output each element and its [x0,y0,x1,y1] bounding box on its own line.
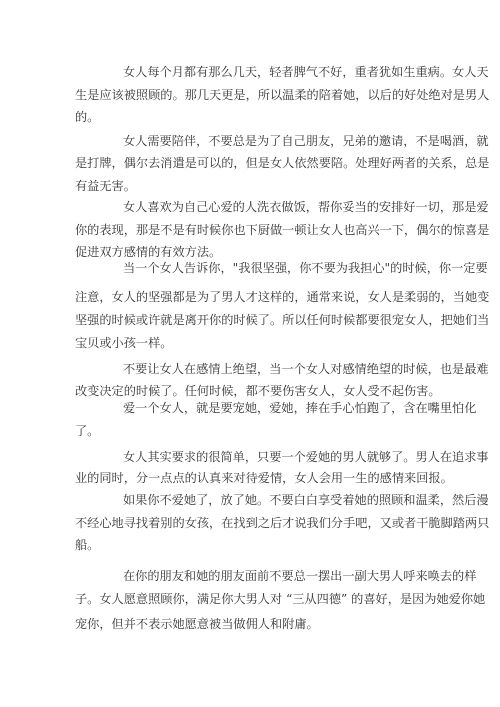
paragraph-line: 生是应该被照顾的。那几天更是，所以温柔的陪着她，以后的好处绝对是男人 [75,87,419,103]
document-page: 女人每个月都有那么几天，轻者脾气不好，重者犹如生重病。女人天 生是应该被照顾的。… [0,0,500,707]
paragraph-line: 不要让女人在感情上绝望，当一个女人对感情绝望的时候，也是最难 [123,361,419,377]
paragraph-line: 女人其实要求的很简单，只要一个爱她的男人就够了。男人在追求事 [123,449,419,465]
paragraph-line: 了。 [75,423,419,439]
paragraph-line: 不经心地寻找着别的女孩，在找到之后才说我们分手吧，又或者干脆脚踏两只 [75,515,419,531]
paragraph-line: 业的同时，分一点点的认真来对待爱情，女人会用一生的感情来回报。 [75,470,419,486]
paragraph-line: 促进双方感情的有效方法。 [75,244,419,260]
paragraph-line: 爱一个女人，就是要宠她，爱她，捧在手心怕跑了，含在嘴里怕化 [123,400,419,416]
paragraph-line: 改变决定的时候了。任何时候，都不要伤害女人，女人受不起伤害。 [75,383,419,399]
paragraph-line: 的。 [75,109,419,125]
paragraph-line: 坚强的时候或许就是离开你的时候了。所以任何时候都要很宠女人，把她们当 [75,312,419,328]
paragraph-line: 在你的朋友和她的朋友面前不要总一摆出一副大男人呼来唤去的样 [123,568,419,584]
paragraph-line: 女人每个月都有那么几天，轻者脾气不好，重者犹如生重病。女人天 [123,64,419,80]
paragraph-line: 船。 [75,537,419,553]
paragraph-line: 宠你，但并不表示她愿意被当做佣人和附庸。 [75,616,419,632]
paragraph-line: 注意，女人的坚强都是为了男人才这样的，通常来说，女人是柔弱的，当她变 [75,289,419,305]
paragraph-line: 如果你不爱她了，放了她。不要白白享受着她的照顾和温柔，然后漫 [123,492,419,508]
paragraph-line: 你的表现，那是不是有时候你也下厨做一顿让女人也高兴一下，偶尔的惊喜是 [75,222,419,238]
paragraph-line: 当一个女人告诉你，"我很坚强，你不要为我担心"的时候，你一定要 [123,260,419,276]
paragraph-line: 子。女人愿意照顾你，满足你大男人对 “三从四德” 的喜好，是因为她爱你她 [75,591,419,607]
paragraph-line: 是打牌，偶尔去消遣是可以的，但是女人依然要陪。处理好两者的关系，总是 [75,155,419,171]
paragraph-line: 宝贝或小孩一样。 [75,335,419,351]
paragraph-line: 女人喜欢为自己心爱的人洗衣做饭，帮你妥当的安排好一切，那是爱 [123,199,419,215]
paragraph-line: 有益无害。 [75,178,419,194]
paragraph-line: 女人需要陪伴，不要总是为了自己朋友，兄弟的邀请，不是喝酒，就 [123,133,419,149]
